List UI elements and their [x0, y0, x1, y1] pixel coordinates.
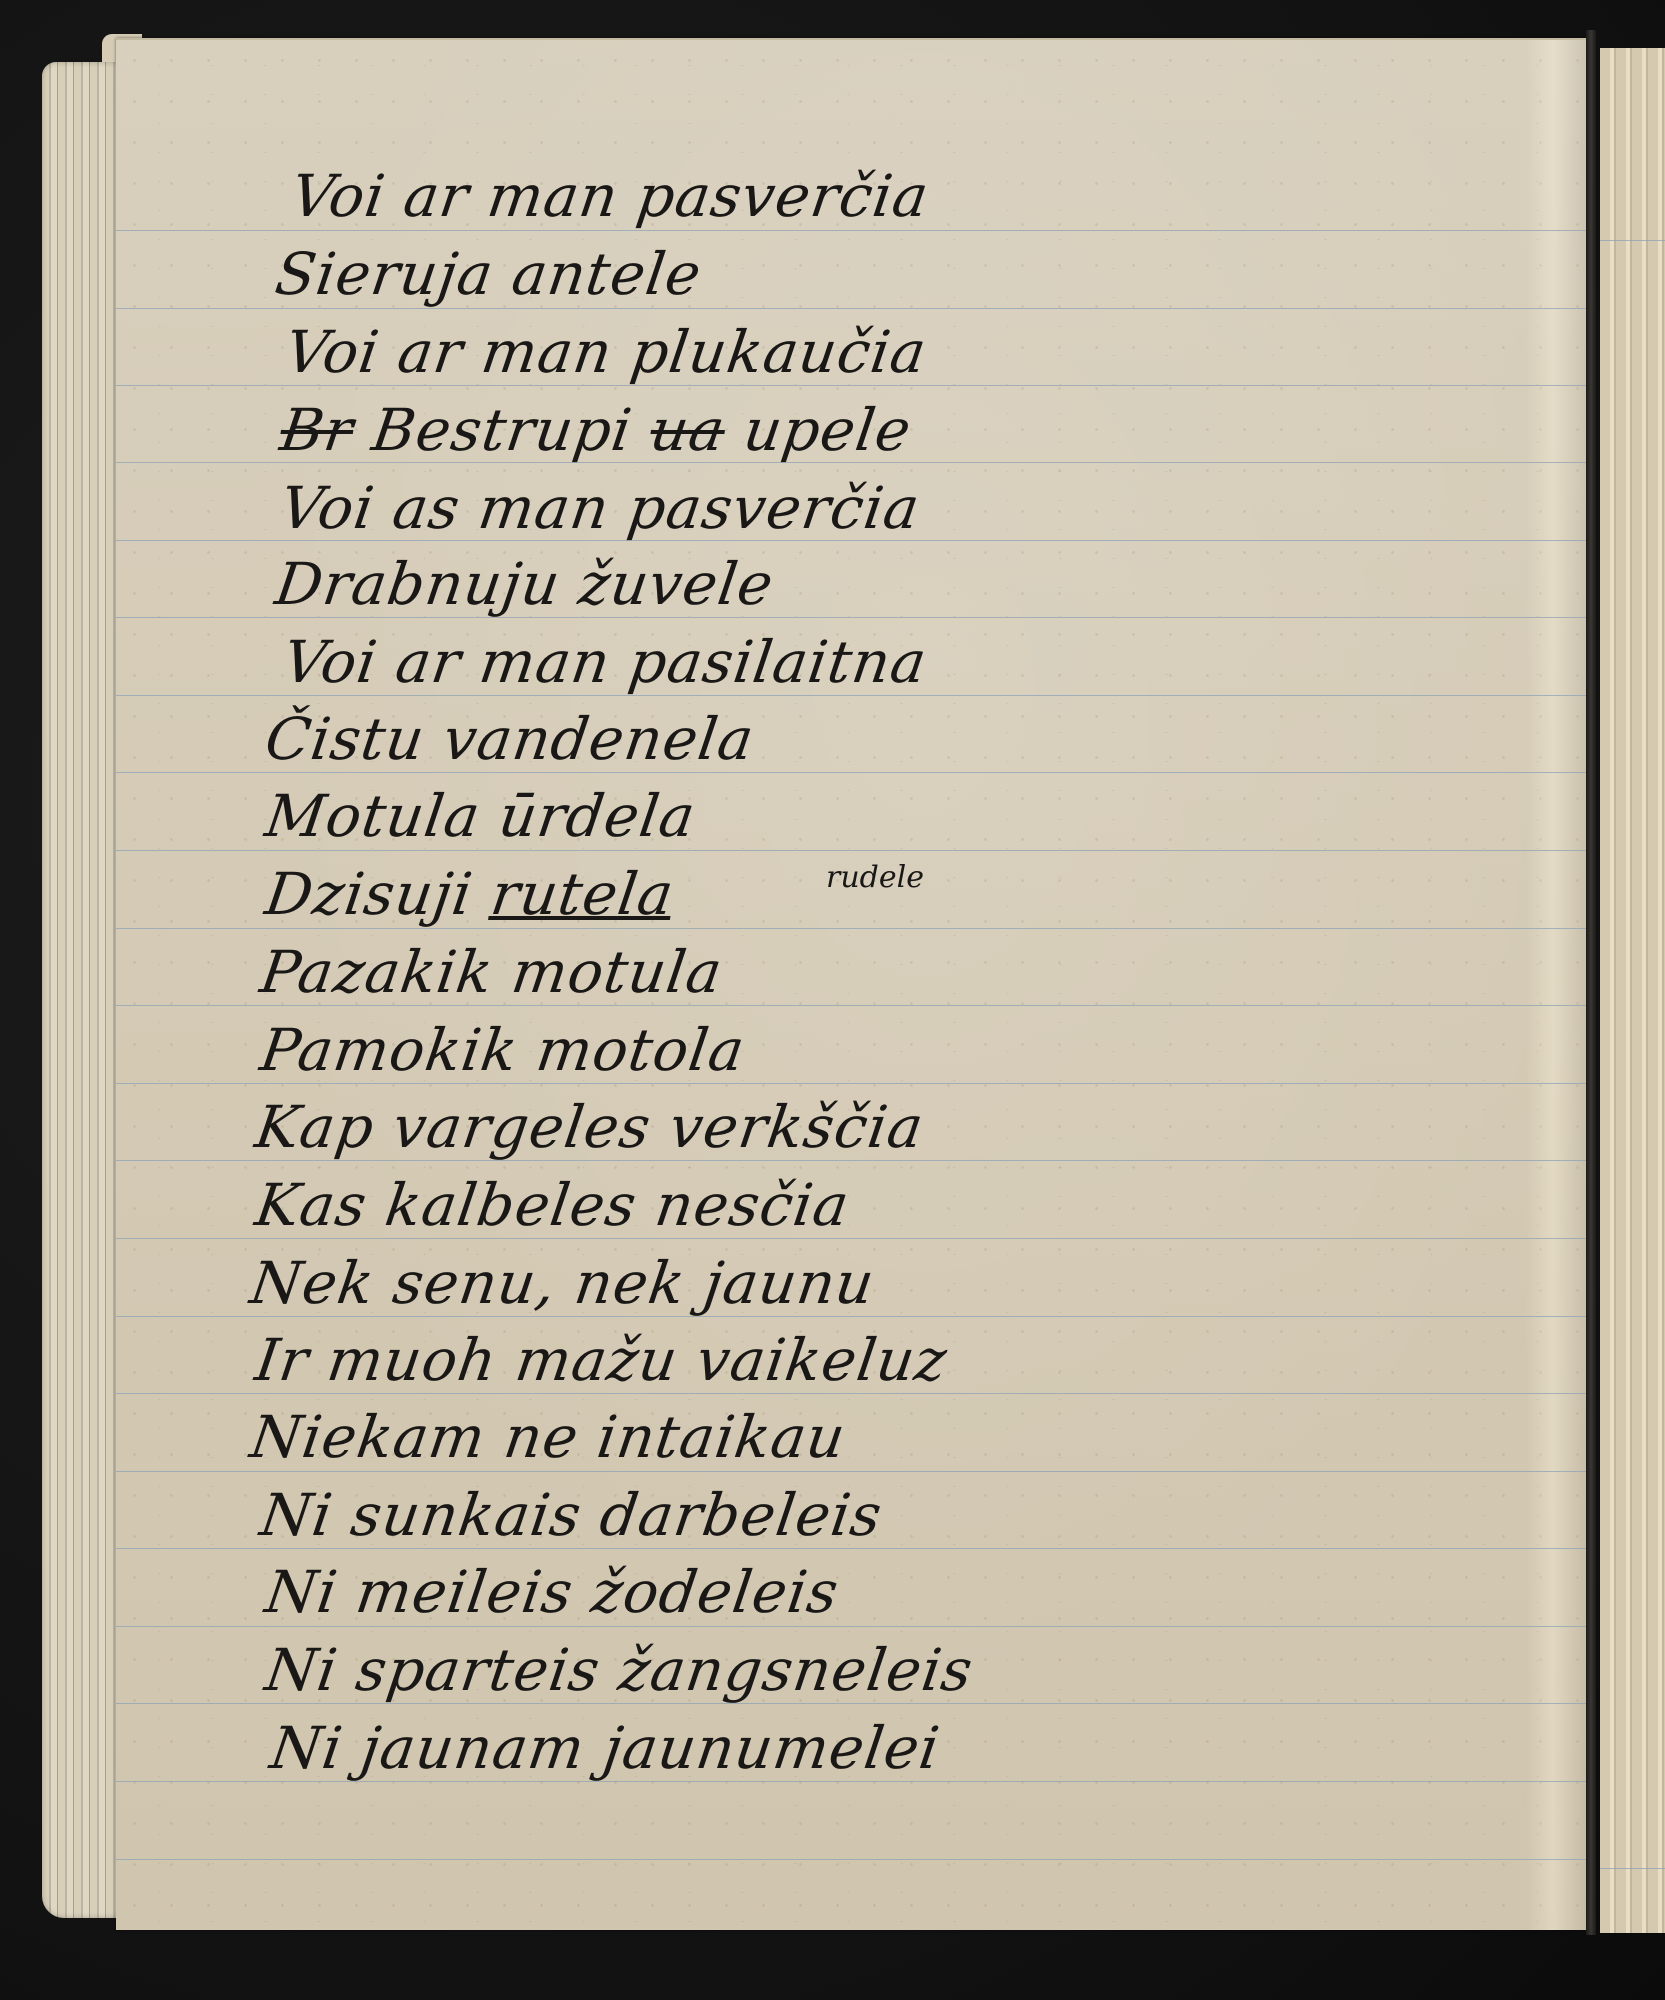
text-line: Čistu vandenela — [261, 705, 758, 773]
text-line: Ni sparteis žangsneleis — [261, 1636, 977, 1704]
text-line: Ir muoh mažu vaikeluz — [251, 1326, 951, 1394]
text-line: Pamokik motola — [256, 1016, 749, 1084]
text-line: Drabnuju žuvele — [271, 550, 778, 618]
text-line: Voi ar man pasilaitna — [279, 628, 931, 696]
handwritten-text: Voi ar man pasverčia Sieruja antele Voi … — [116, 40, 1586, 1930]
text-line: Motula ūrdela — [261, 782, 700, 850]
text-line: Dzisuji rutela — [261, 860, 678, 928]
struck-word: ua — [646, 396, 729, 464]
text-line: Kas kalbeles nesčia — [251, 1171, 854, 1239]
ruled-line — [1600, 240, 1665, 241]
facing-page-edge — [1600, 48, 1665, 1933]
text-line: Br Bestrupi ua upele — [276, 396, 916, 464]
text-line: Pazakik motula — [256, 938, 727, 1006]
text-line: Voi as man pasverčia — [276, 474, 924, 542]
text-line: Voi ar man pasverčia — [287, 162, 933, 230]
text-line: Sieruja antele — [271, 240, 706, 308]
underlined-word: rutela — [487, 860, 678, 928]
word: Bestrupi — [368, 396, 636, 464]
text-line: Ni sunkais darbeleis — [256, 1481, 886, 1549]
word: Dzisuji — [261, 860, 477, 928]
word: upele — [740, 396, 916, 464]
text-line: Ni meileis žodeleis — [261, 1558, 843, 1626]
notebook-page: Voi ar man pasverčia Sieruja antele Voi … — [116, 38, 1586, 1930]
text-line: Ni jaunam jaunumelei — [266, 1714, 944, 1782]
struck-word: Br — [276, 396, 358, 464]
text-line: Kap vargeles verkščia — [251, 1093, 928, 1161]
text-line: Voi ar man plukaučia — [281, 318, 931, 386]
text-line: Nek senu, nek jaunu — [246, 1249, 879, 1317]
scanned-notebook: Voi ar man pasverčia Sieruja antele Voi … — [0, 0, 1665, 2000]
notebook-binding — [1586, 30, 1596, 1935]
text-line: Niekam ne intaikau — [246, 1403, 850, 1471]
interlinear-insertion: rudele — [826, 860, 924, 895]
ruled-line — [1600, 1868, 1665, 1869]
